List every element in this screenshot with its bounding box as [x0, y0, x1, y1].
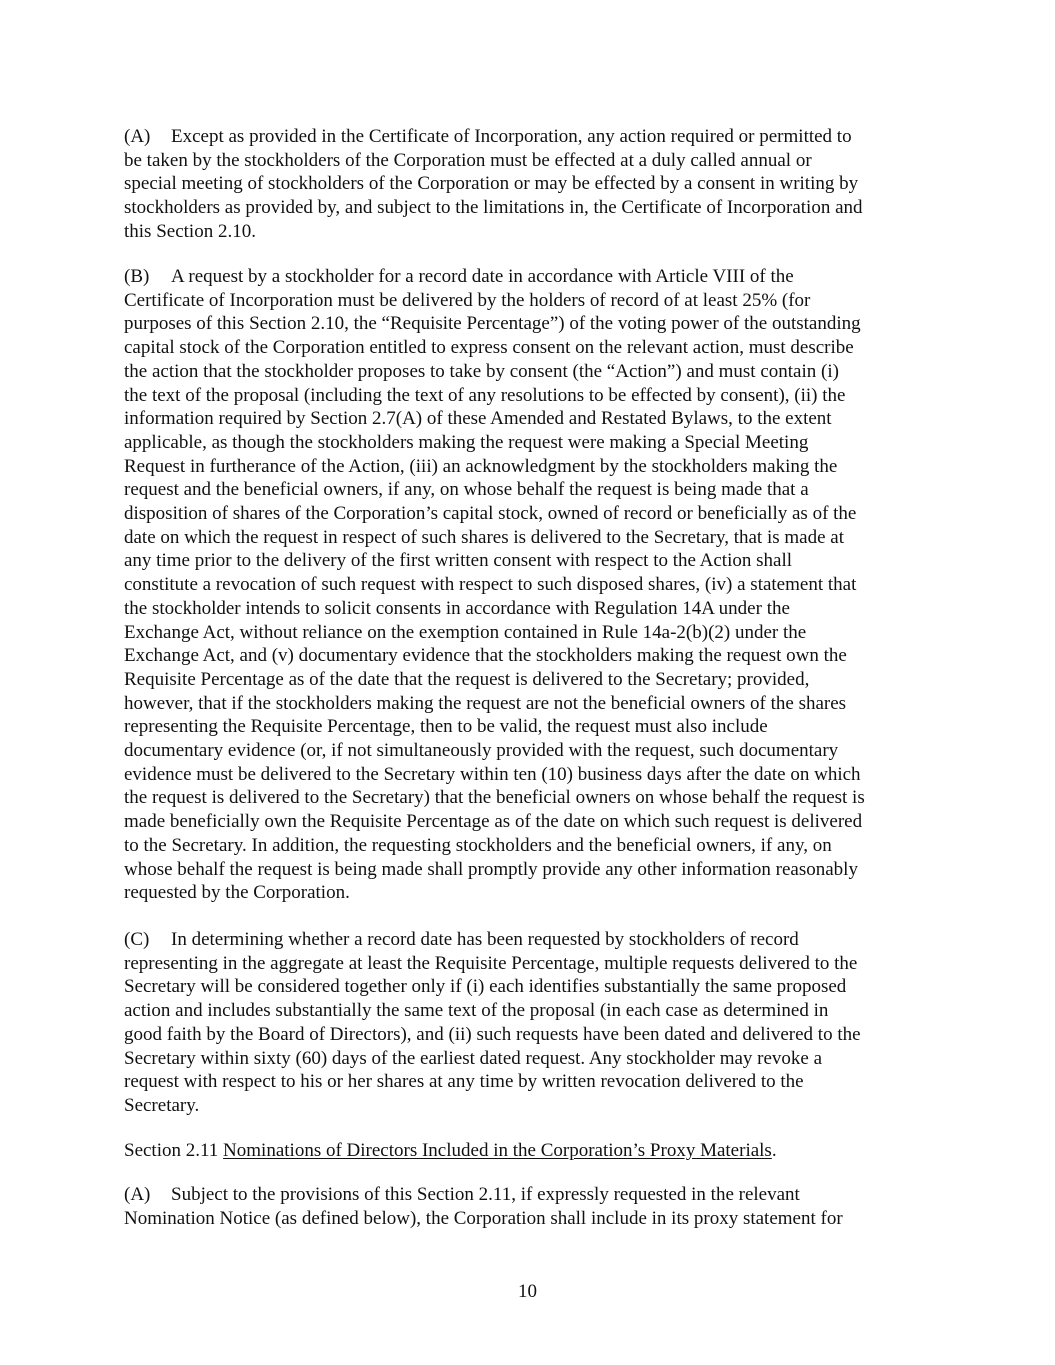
section-number: Section 2.11 — [124, 1140, 223, 1161]
text-line: the stockholder intends to solicit conse… — [124, 597, 954, 621]
paragraph-label: (A) — [124, 1183, 171, 1207]
text-line: Exchange Act, without reliance on the ex… — [124, 621, 954, 645]
paragraph-2-10-a: (A)Except as provided in the Certificate… — [124, 125, 954, 244]
text-line: date on which the request in respect of … — [124, 526, 954, 550]
text-line: Exchange Act, and (v) documentary eviden… — [124, 644, 954, 668]
text-line: request with respect to his or her share… — [124, 1070, 954, 1094]
text-line: however, that if the stockholders making… — [124, 692, 954, 716]
text-line: good faith by the Board of Directors), a… — [124, 1023, 954, 1047]
text-line: Certificate of Incorporation must be del… — [124, 289, 954, 313]
page-number: 10 — [0, 1280, 1055, 1304]
text-line: the text of the proposal (including the … — [124, 384, 954, 408]
text-line: disposition of shares of the Corporation… — [124, 502, 954, 526]
paragraph-2-11-a: (A)Subject to the provisions of this Sec… — [124, 1183, 954, 1230]
text-line: applicable, as though the stockholders m… — [124, 431, 954, 455]
document-page: (A)Except as provided in the Certificate… — [0, 0, 1055, 1365]
paragraph-2-10-b: (B)A request by a stockholder for a reco… — [124, 265, 954, 905]
text-line: the request is delivered to the Secretar… — [124, 786, 954, 810]
paragraph-label: (A) — [124, 125, 171, 149]
text-line: capital stock of the Corporation entitle… — [124, 336, 954, 360]
text-line: (B)A request by a stockholder for a reco… — [124, 265, 954, 289]
text-line: the action that the stockholder proposes… — [124, 360, 954, 384]
paragraph-2-10-c: (C)In determining whether a record date … — [124, 928, 954, 1118]
text-line: representing in the aggregate at least t… — [124, 952, 954, 976]
text-line: representing the Requisite Percentage, t… — [124, 715, 954, 739]
text-line: stockholders as provided by, and subject… — [124, 196, 954, 220]
text-line: whose behalf the request is being made s… — [124, 858, 954, 882]
text-line: evidence must be delivered to the Secret… — [124, 763, 954, 787]
text-line: information required by Section 2.7(A) o… — [124, 407, 954, 431]
text-line: request and the beneficial owners, if an… — [124, 478, 954, 502]
text-line: action and includes substantially the sa… — [124, 999, 954, 1023]
text-line: Secretary. — [124, 1094, 954, 1118]
text-line: made beneficially own the Requisite Perc… — [124, 810, 954, 834]
text-line: to the Secretary. In addition, the reque… — [124, 834, 954, 858]
text-line: Request in furtherance of the Action, (i… — [124, 455, 954, 479]
text-line: (A)Subject to the provisions of this Sec… — [124, 1183, 954, 1207]
text-line: Secretary will be considered together on… — [124, 975, 954, 999]
text-line: (C)In determining whether a record date … — [124, 928, 954, 952]
paragraph-label: (B) — [124, 265, 171, 289]
text-line: any time prior to the delivery of the fi… — [124, 549, 954, 573]
text-line: special meeting of stockholders of the C… — [124, 172, 954, 196]
text-line: requested by the Corporation. — [124, 881, 954, 905]
section-title: Nominations of Directors Included in the… — [223, 1140, 772, 1161]
text-line: purposes of this Section 2.10, the “Requ… — [124, 312, 954, 336]
text-line: (A)Except as provided in the Certificate… — [124, 125, 954, 149]
text-line: Requisite Percentage as of the date that… — [124, 668, 954, 692]
text-line: documentary evidence (or, if not simulta… — [124, 739, 954, 763]
text-line: Nomination Notice (as defined below), th… — [124, 1207, 954, 1231]
section-heading-2-11: Section 2.11 Nominations of Directors In… — [124, 1139, 954, 1163]
text-line: be taken by the stockholders of the Corp… — [124, 149, 954, 173]
text-line: this Section 2.10. — [124, 220, 954, 244]
paragraph-label: (C) — [124, 928, 171, 952]
text-line: constitute a revocation of such request … — [124, 573, 954, 597]
text-line: Secretary within sixty (60) days of the … — [124, 1047, 954, 1071]
